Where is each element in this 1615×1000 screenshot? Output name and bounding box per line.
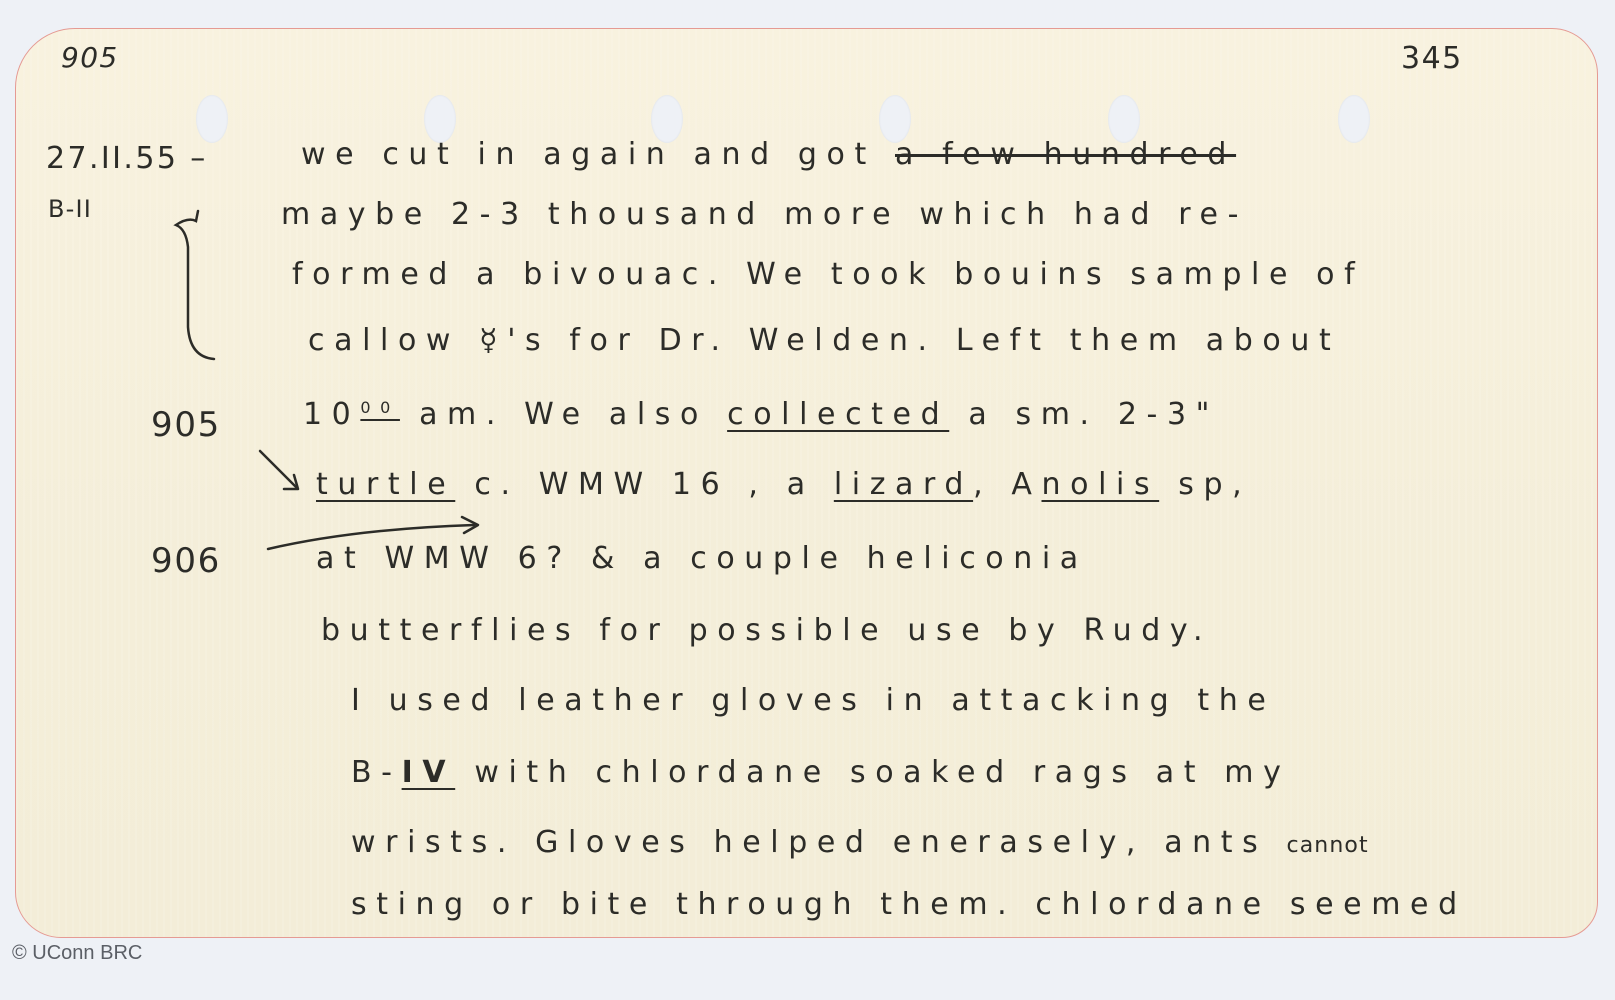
specimen-number-906: 906 <box>151 541 221 581</box>
note-text: a sm. 2-3" <box>949 397 1219 432</box>
note-line-12: sting or bite through them. chlordane se… <box>351 887 1467 922</box>
note-text: we cut in again and got <box>301 137 876 172</box>
note-text: with chlordane soaked rags at my <box>455 755 1290 790</box>
note-text-small: cannot <box>1287 833 1369 858</box>
punch-hole <box>651 95 683 143</box>
note-line-3: formed a bivouac. We took bouins sample … <box>292 257 1364 292</box>
time-superscript: 00 <box>360 398 400 417</box>
arrow-906-icon <box>264 507 494 557</box>
note-line-11: wrists. Gloves helped enerasely, ants ca… <box>351 825 1369 860</box>
punch-hole <box>1338 95 1370 143</box>
arrow-905-icon <box>256 447 316 507</box>
entry-date: 27.II.55 – <box>46 141 208 176</box>
note-line-1: we cut in again and got a few hundred <box>301 137 1236 172</box>
note-text: sp, <box>1159 467 1251 502</box>
copyright-watermark: © UConn BRC <box>12 942 142 965</box>
note-text: c. WMW 16 , a <box>455 467 834 502</box>
note-line-2: maybe 2-3 thousand more which had re- <box>281 197 1248 232</box>
underlined-word: lizard <box>834 467 973 502</box>
corner-number-left: 905 <box>61 41 119 74</box>
underlined-word: turtle <box>316 467 455 502</box>
colony-roman-numeral: IV <box>402 755 456 790</box>
note-text: wrists. Gloves helped enerasely, ants <box>351 825 1267 860</box>
underlined-word: nolis <box>1042 467 1160 502</box>
underlined-word: collected <box>727 397 949 432</box>
note-text: am. We also <box>400 397 708 432</box>
struck-text: a few hundred <box>895 137 1236 172</box>
index-card: 905 345 27.II.55 – B-II we cut in again … <box>15 28 1598 938</box>
note-text: , A <box>973 467 1041 502</box>
bracket-mark <box>168 207 218 367</box>
note-line-10: B-IV with chlordane soaked rags at my <box>351 755 1290 790</box>
colony-label: B-II <box>48 195 92 223</box>
punch-hole <box>879 95 911 143</box>
corner-number-right: 345 <box>1401 41 1463 76</box>
note-text: 10 <box>303 397 360 432</box>
note-text: B- <box>351 755 402 790</box>
punch-hole <box>424 95 456 143</box>
note-line-8: butterflies for possible use by Rudy. <box>321 613 1212 648</box>
note-line-9: I used leather gloves in attacking the <box>351 683 1275 718</box>
note-line-4: callow ☿'s for Dr. Welden. Left them abo… <box>308 323 1340 358</box>
specimen-number-905: 905 <box>151 405 221 445</box>
note-line-5: 1000 am. We also collected a sm. 2-3" <box>303 397 1219 432</box>
punch-hole <box>196 95 228 143</box>
punch-hole <box>1108 95 1140 143</box>
note-line-6: turtle c. WMW 16 , a lizard, Anolis sp, <box>316 467 1251 502</box>
